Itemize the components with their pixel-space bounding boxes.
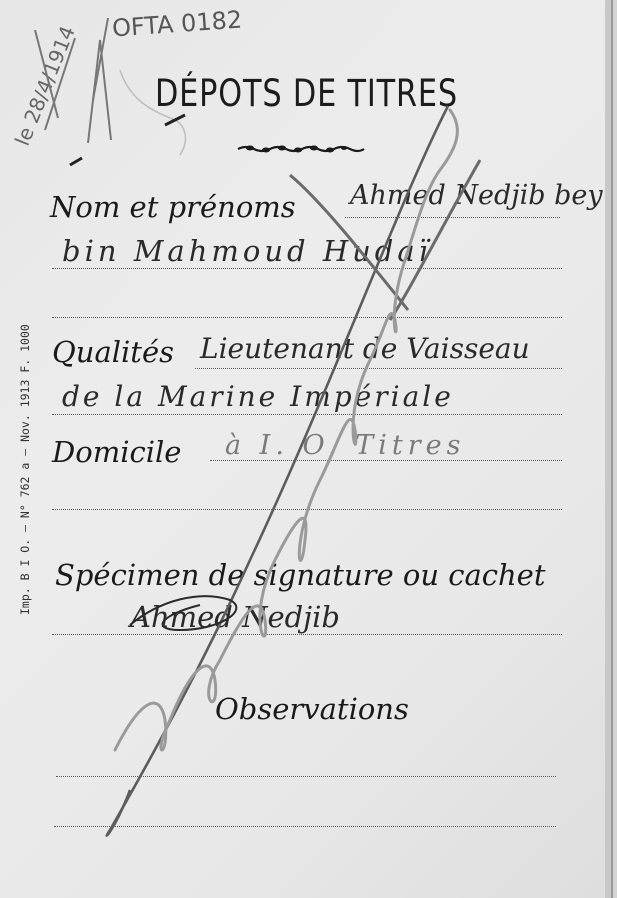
qualities-line-2	[52, 414, 562, 415]
signature-line	[52, 634, 562, 635]
reference-number: OFTA 0182	[111, 5, 243, 42]
observations-label: Observations	[215, 692, 409, 726]
domicile-label: Domicile	[52, 435, 181, 469]
domicile-value: à I. O. Titres	[225, 430, 465, 461]
name-line-2	[52, 268, 562, 269]
name-line-1	[345, 217, 560, 218]
observations-line-2	[54, 826, 556, 827]
observations-line-1	[56, 776, 556, 777]
card-edge	[605, 0, 611, 898]
name-label: Nom et prénoms	[50, 190, 296, 224]
qualities-line-1	[195, 368, 562, 369]
signature-value: Ahmed Nedjib	[130, 600, 340, 634]
name-value-line2: bin Mahmoud Hudaï	[62, 234, 432, 268]
blank-line-1	[52, 317, 562, 318]
name-value-line1: Ahmed Nedjib bey	[350, 180, 603, 211]
document-title: DÉPOTS DE TITRES	[155, 72, 458, 115]
qualities-value-line2: de la Marine Impériale	[62, 380, 454, 413]
ornament-divider	[236, 143, 366, 155]
printer-mark: Imp. B I O. — N° 762 a – Nov. 1913 F. 10…	[18, 324, 32, 615]
signature-label: Spécimen de signature ou cachet	[55, 558, 546, 592]
deposit-card: OFTA 0182 le 28/4/1914 DÉPOTS DE TITRES …	[0, 0, 613, 898]
blank-line-2	[52, 509, 562, 510]
date-annotation: le 28/4/1914	[10, 22, 80, 149]
qualities-value-line1: Lieutenant de Vaisseau	[200, 332, 530, 365]
qualities-label: Qualités	[52, 335, 174, 369]
